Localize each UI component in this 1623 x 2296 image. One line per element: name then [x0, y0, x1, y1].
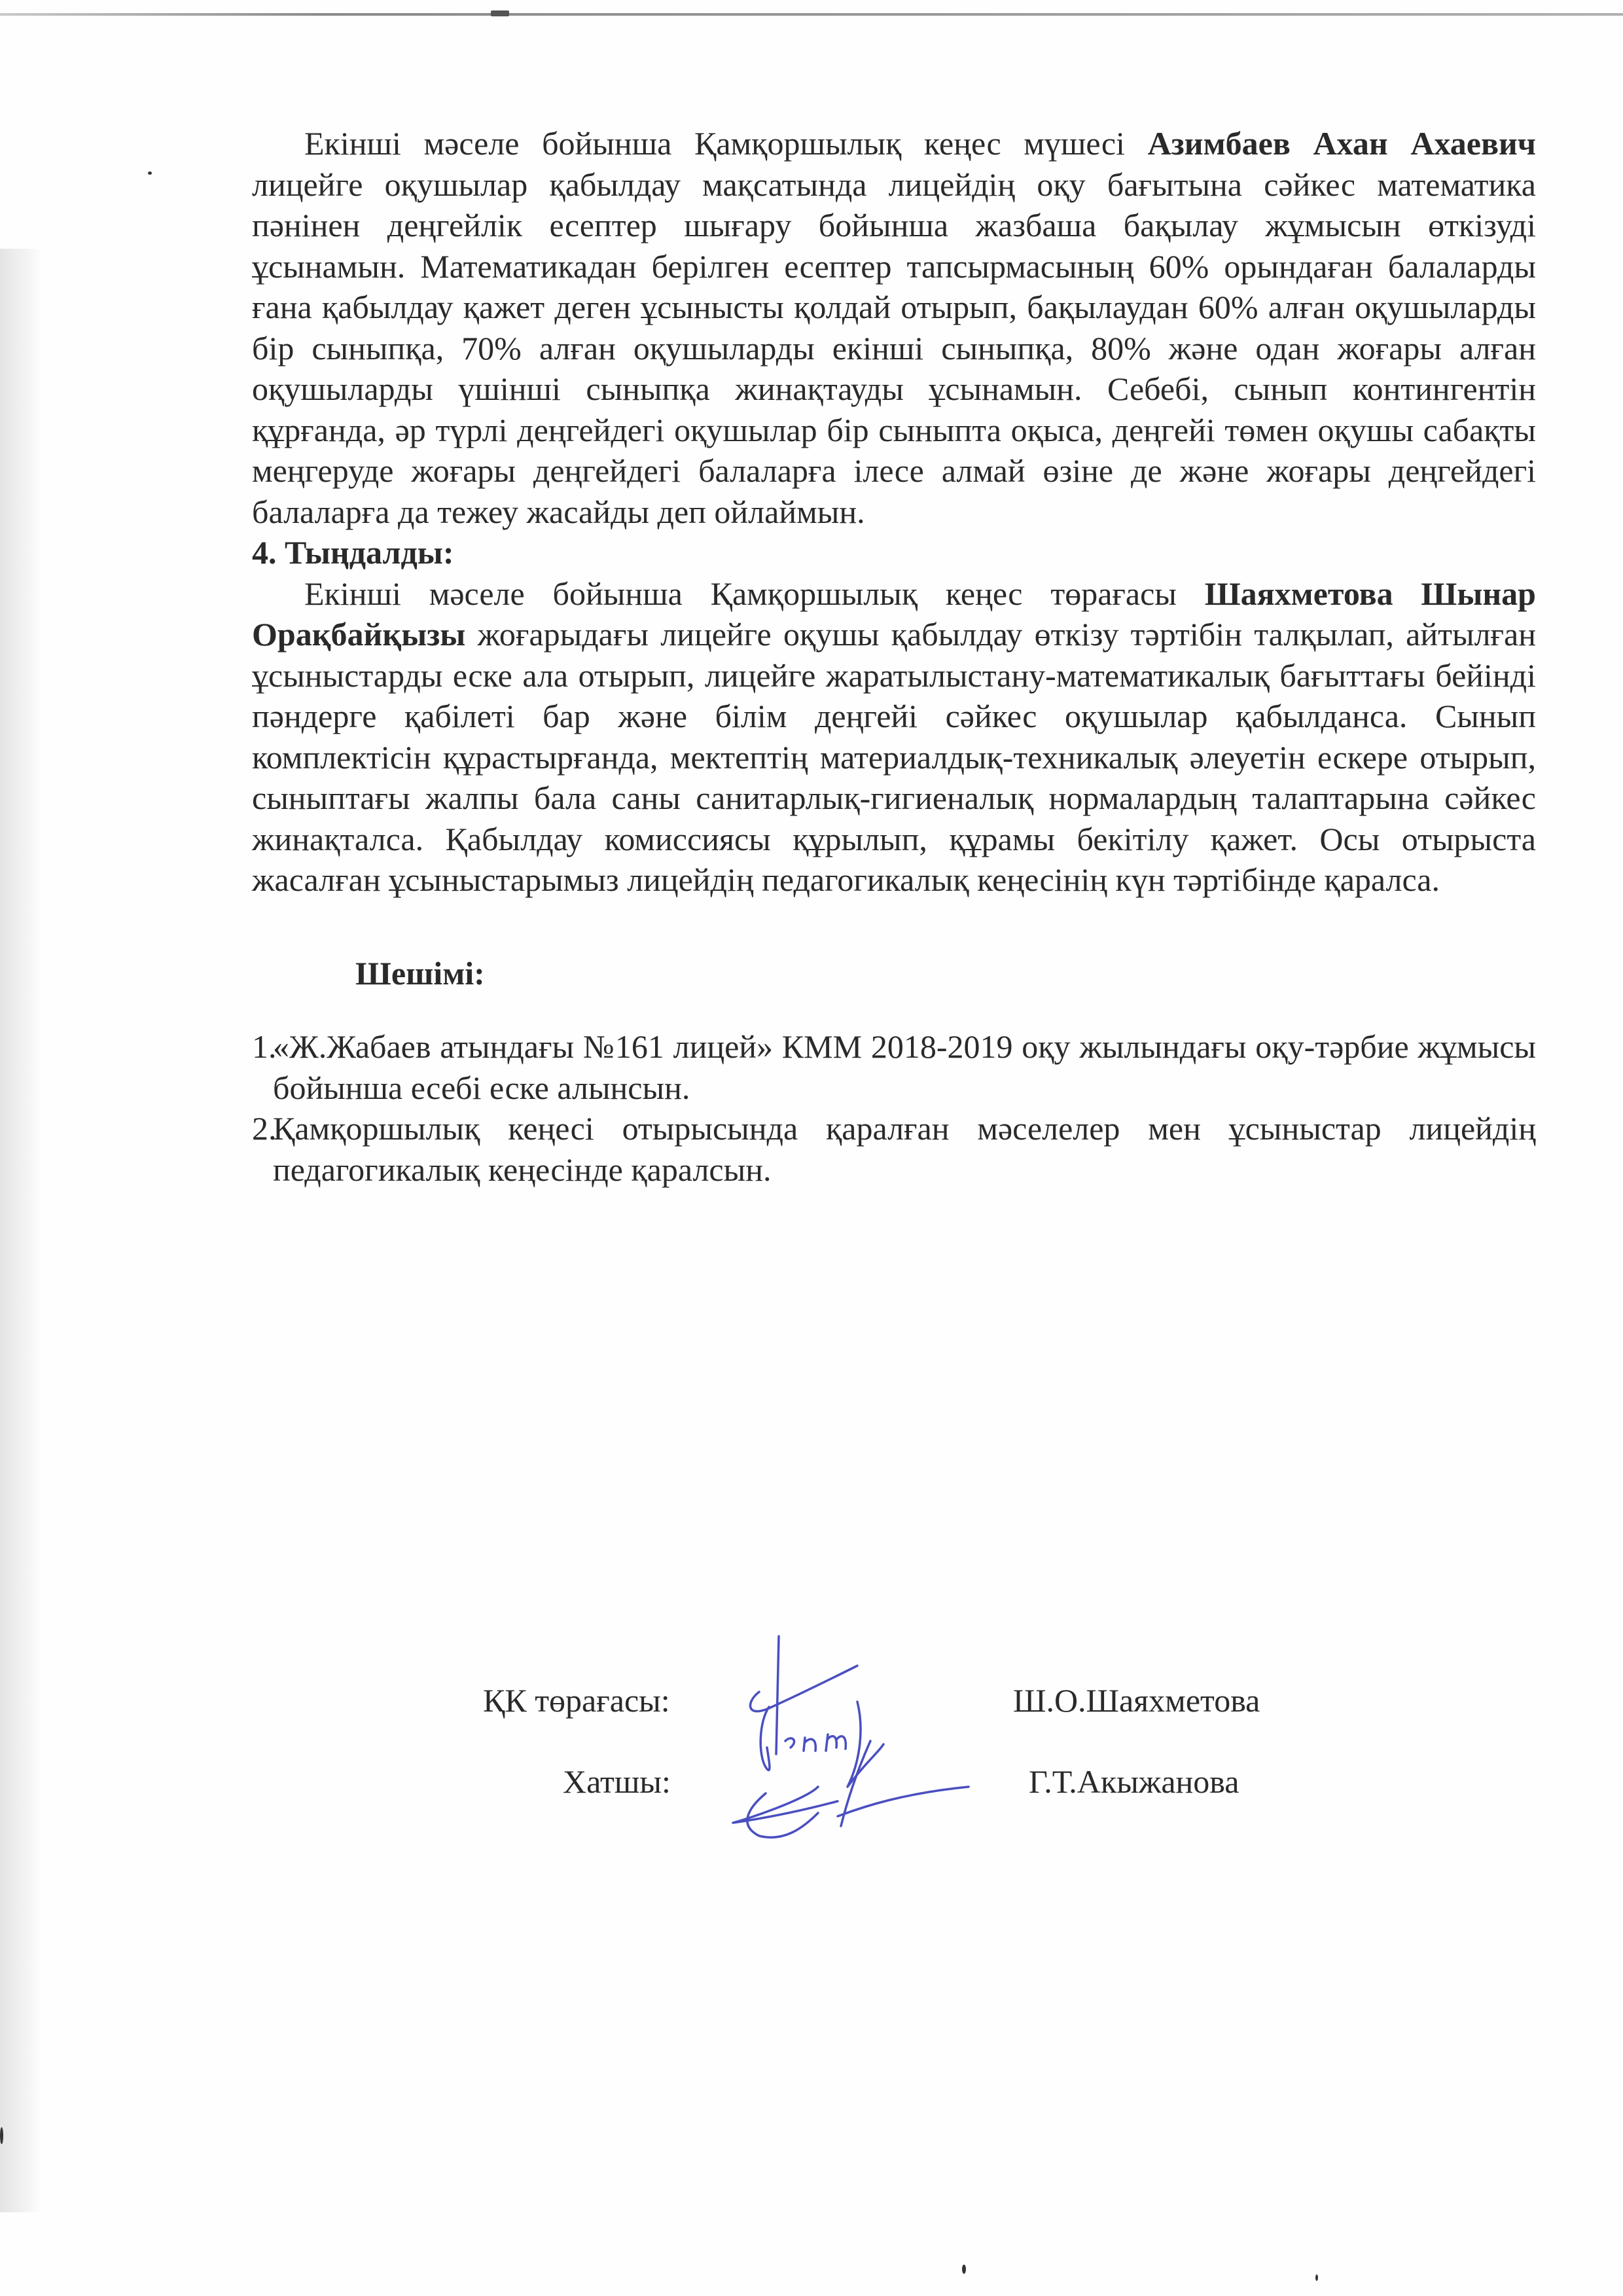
document-body: Екінші мәселе бойынша Қамқоршылық кеңес …	[252, 123, 1536, 1190]
paragraph-intro: Екінші мәселе бойынша Қамқоршылық кеңес …	[304, 125, 1148, 162]
decision-text: Қамқоршылық кеңесі отырысында қаралған м…	[273, 1110, 1536, 1188]
scan-speck	[0, 2127, 3, 2144]
paragraph-shayakhmetova: Екінші мәселе бойынша Қамқоршылық кеңес …	[252, 573, 1536, 901]
scan-top-edge	[0, 13, 1623, 16]
decision-heading: Шешімі:	[252, 953, 1536, 994]
signature-name-chair: Ш.О.Шаяхметова	[1013, 1681, 1260, 1720]
signature-role-chair: ҚК төрағасы:	[483, 1681, 670, 1720]
decision-item: 1.«Ж.Жабаев атындағы №161 лицей» КММ 201…	[252, 1026, 1536, 1108]
scan-speck	[1315, 2274, 1318, 2281]
speaker-name: Азимбаев Ахан Ахаевич	[1148, 125, 1536, 162]
paragraph-azimbayev: Екінші мәселе бойынша Қамқоршылық кеңес …	[252, 123, 1536, 532]
section-heading-listened: 4. Тыңдалды:	[252, 532, 1536, 573]
decision-number: 1.	[252, 1026, 273, 1067]
paragraph-body: лицейге оқушылар қабылдау мақсатында лиц…	[252, 166, 1536, 530]
decision-text: «Ж.Жабаев атындағы №161 лицей» КММ 2018-…	[273, 1028, 1536, 1106]
scan-left-shadow	[0, 249, 41, 2212]
paragraph-intro: Екінші мәселе бойынша Қамқоршылық кеңес …	[304, 575, 1205, 612]
handwritten-signature-icon	[707, 1630, 1021, 1846]
paragraph-body: жоғарыдағы лицейге оқушы қабылдау өткізу…	[252, 616, 1536, 898]
signature-name-secretary: Г.Т.Акыжанова	[1029, 1762, 1239, 1801]
decision-item: 2.Қамқоршылық кеңесі отырысында қаралған…	[252, 1108, 1536, 1190]
scan-artifact	[491, 10, 509, 16]
scan-speck	[148, 171, 152, 175]
decision-number: 2.	[252, 1108, 273, 1149]
signature-role-secretary: Хатшы:	[563, 1762, 671, 1801]
decision-list: 1.«Ж.Жабаев атындағы №161 лицей» КММ 201…	[252, 1026, 1536, 1190]
scan-speck	[962, 2265, 966, 2274]
